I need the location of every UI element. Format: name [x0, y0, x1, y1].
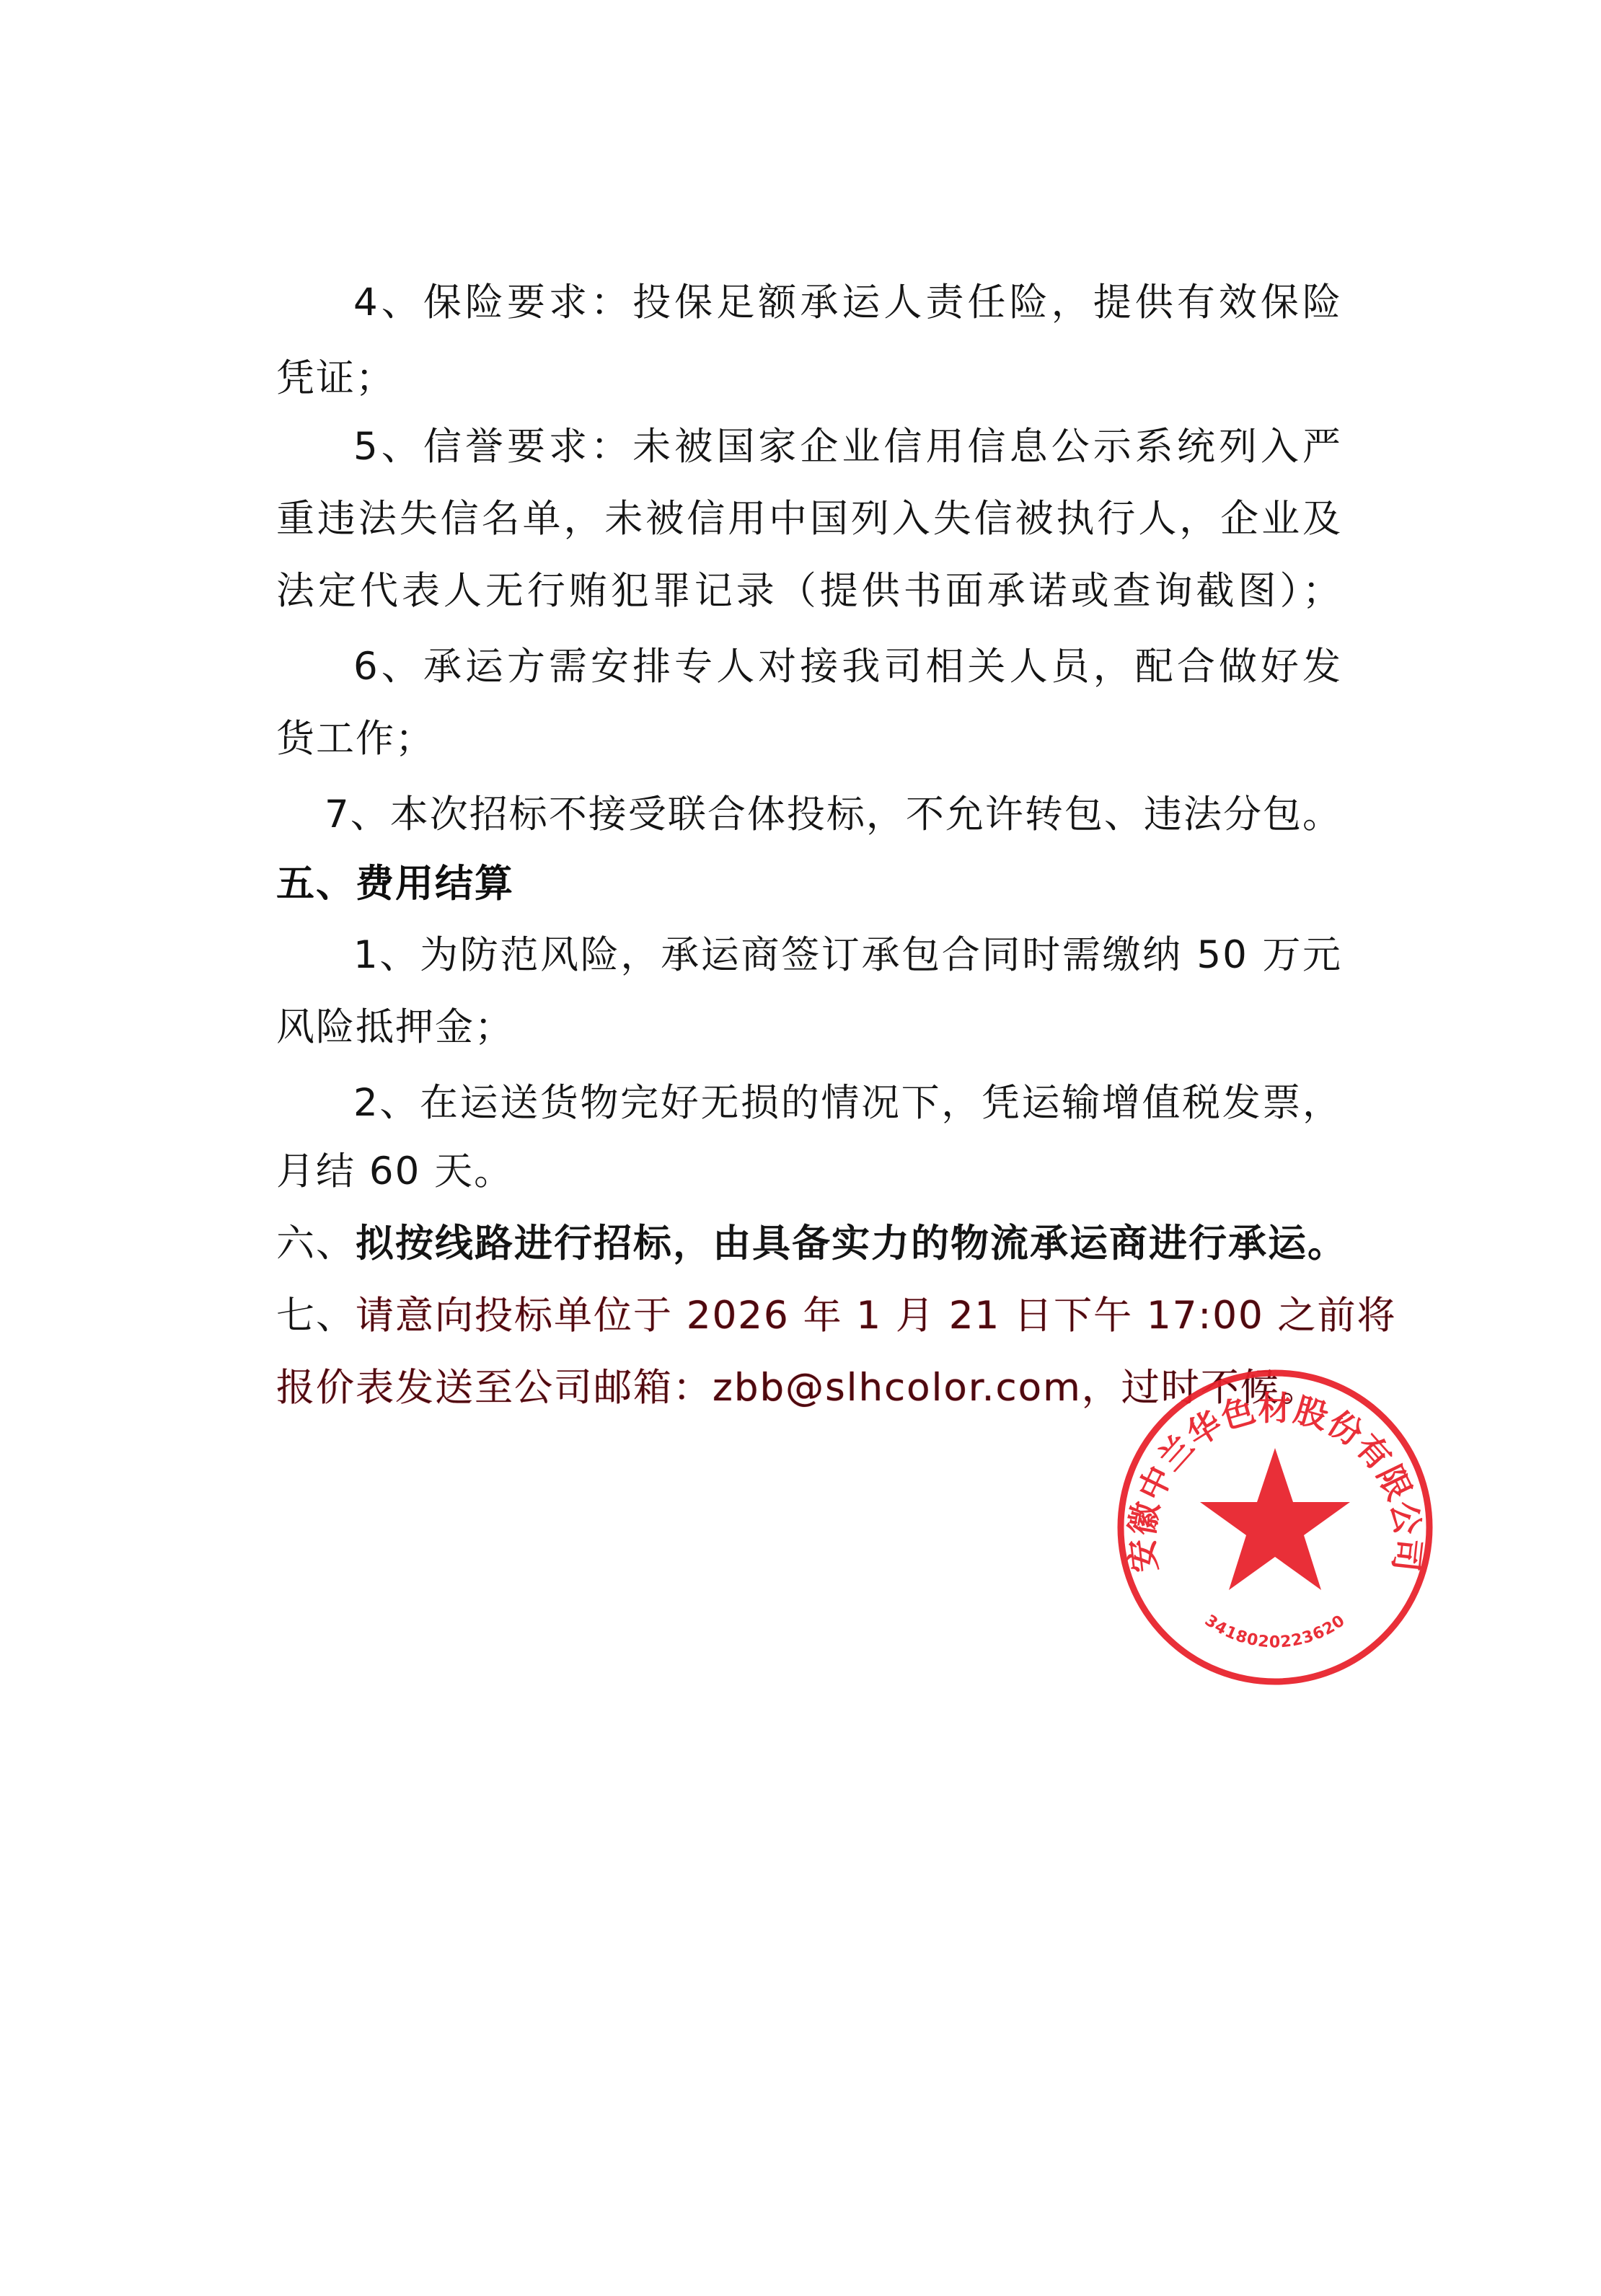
fee-item-2-line-1: 2、在运送货物完好无损的情况下，凭运输增值税发票， [353, 1067, 1342, 1139]
section-six-prefix: 六、 [276, 1222, 356, 1266]
paragraph-no-subcontract: 7、本次招标不接受联合体投标，不允许转包、违法分包。 [325, 779, 1342, 851]
email-link[interactable]: zbb@slhcolor.com [713, 1366, 1082, 1410]
paragraph-contact-line-2: 货工作； [276, 703, 1342, 775]
company-seal: 安徽中兰华色材股份有限公司 3418020223620 [1114, 1366, 1436, 1688]
paragraph-credit-line-2: 重违法失信名单，未被信用中国列入失信被执行人，企业及 [276, 483, 1342, 555]
paragraph-insurance-line-2: 凭证； [276, 343, 1342, 415]
section-six-text: 拟按线路进行招标，由具备实力的物流承运商进行承运。 [356, 1222, 1347, 1266]
seal-registration-number: 3418020223620 [1201, 1612, 1349, 1651]
document-page: 4、保险要求：投保足额承运人责任险，提供有效保险 凭证； 5、信誉要求：未被国家… [0, 0, 1601, 2296]
section-seven-send-to: 报价表发送至公司邮箱： [276, 1366, 713, 1410]
fee-item-1-line-2: 风险抵押金； [276, 992, 1342, 1064]
paragraph-credit-line-1: 5、信誉要求：未被国家企业信用信息公示系统列入严 [353, 411, 1342, 483]
section-seven-deadline: 请意向投标单位于 2026 年 1 月 21 日下午 17:00 之前将 [356, 1294, 1397, 1338]
paragraph-credit-line-3: 法定代表人无行贿犯罪记录（提供书面承诺或查询截图）； [276, 555, 1342, 627]
star-icon [1200, 1448, 1350, 1590]
section-five-heading: 五、费用结算 [276, 847, 1342, 919]
fee-item-2-line-2: 月结 60 天。 [276, 1136, 1342, 1208]
svg-text:3418020223620: 3418020223620 [1201, 1612, 1349, 1651]
paragraph-contact-line-1: 6、承运方需安排专人对接我司相关人员，配合做好发 [353, 631, 1342, 703]
fee-item-1-line-1: 1、为防范风险，承运商签订承包合同时需缴纳 50 万元 [353, 919, 1342, 992]
company-seal-graphic: 安徽中兰华色材股份有限公司 3418020223620 [1114, 1366, 1436, 1688]
paragraph-insurance-line-1: 4、保险要求：投保足额承运人责任险，提供有效保险 [353, 267, 1342, 339]
section-seven-prefix: 七、 [276, 1294, 356, 1338]
section-seven-line-1: 七、请意向投标单位于 2026 年 1 月 21 日下午 17:00 之前将 [276, 1280, 1342, 1352]
section-six: 六、拟按线路进行招标，由具备实力的物流承运商进行承运。 [276, 1208, 1342, 1280]
